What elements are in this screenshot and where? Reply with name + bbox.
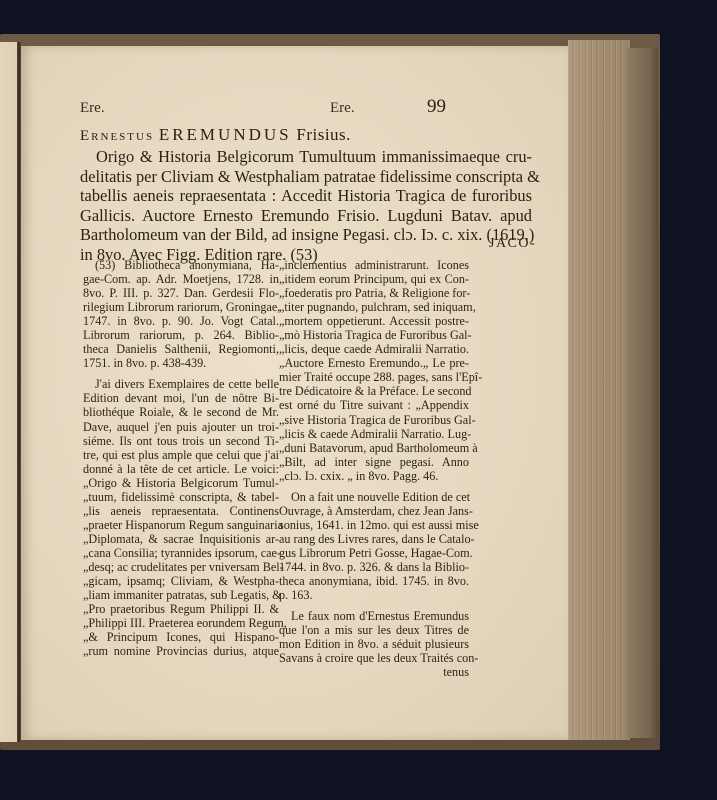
text-line: gae-Com. ap. Adr. Moetjens, 1728. in xyxy=(83,272,279,286)
text-line: tre Dédicatoire & la Préface. Le second xyxy=(279,384,469,398)
text-line: au rang des Livres rares, dans le Catalo… xyxy=(279,532,469,546)
text-line: „mò Historia Tragica de Furoribus Gal- xyxy=(279,328,469,342)
text-line: „duni Batavorum, apud Bartholomeum à xyxy=(279,441,469,455)
running-head-center: Ere. xyxy=(330,100,355,117)
page-block-edges xyxy=(568,40,630,740)
text-line: 1747. in 8vo. p. 90. Jo. Vogt Catal. xyxy=(83,314,279,328)
entry-heading: Ernestus EREMUNDUS Frisius. xyxy=(80,125,480,145)
text-line: „praeter Hispanorum Regum sanguinaria xyxy=(83,518,279,532)
text-line: „foederatis pro Patria, & Religione for- xyxy=(279,286,469,300)
text-line: 1744. in 8vo. p. 326. & dans la Biblio- xyxy=(279,560,469,574)
text-line: Librorum rariorum, p. 264. Biblio- xyxy=(83,328,279,342)
text-line: „Philippi III. Praeterea eorundem Regum, xyxy=(83,616,279,630)
text-line: „cana Consilia; tyrannides ipsorum, cae- xyxy=(83,546,279,560)
entry-line: tabellis aeneis repraesentata : Accedit … xyxy=(80,186,532,206)
commentary-paragraph: J'ai divers Exemplaires de cette belle E… xyxy=(83,377,279,658)
text-line: theca anonymiana, ibid. 1745. in 8vo. xyxy=(279,574,469,588)
footnote-paragraph: (53) Bibliotheca anonymiana, Ha- gae-Com… xyxy=(83,258,279,370)
text-line: „licis, deque caede Admiralii Narratio. xyxy=(279,342,469,356)
text-line: „gicam, ipsamq; Cliviam, & Westpha- xyxy=(83,574,279,588)
text-line: Edition devant moi, l'un de nôtre Bi- xyxy=(83,391,279,405)
commentary-paragraph: On a fait une nouvelle Edition de cet Ou… xyxy=(279,490,469,602)
text-line: „clɔ. Iɔ. cxix. „ in 8vo. Pagg. 46. xyxy=(279,469,469,483)
text-line: est orné du Titre suivant : „Appendix xyxy=(279,398,469,412)
commentary-paragraph: Le faux nom d'Ernestus Eremundus que l'o… xyxy=(279,609,469,679)
text-line: „titer pugnando, pulchram, sed iniquam, xyxy=(279,300,469,314)
text-line: On a fait une nouvelle Edition de cet xyxy=(279,490,469,504)
text-line: J'ai divers Exemplaires de cette belle xyxy=(83,377,279,391)
commentary-paragraph: „inclementius administrarunt. Icones „it… xyxy=(279,258,469,483)
entry-line: delitatis per Cliviam & Westphaliam patr… xyxy=(80,167,532,187)
text-line: Le faux nom d'Ernestus Eremundus xyxy=(279,609,469,623)
text-line: „desq; ac crudelitates per vniversam Bel… xyxy=(83,560,279,574)
page-number: 99 xyxy=(427,96,446,118)
entry-title-block: Origo & Historia Belgicorum Tumultuum im… xyxy=(80,147,532,264)
text-line: „Auctore Ernesto Eremundo.„ Le pre- xyxy=(279,356,469,370)
text-line: rilegium Librorum rariorum, Groningae, xyxy=(83,300,279,314)
text-line: „rum nomine Provincias durius, atque xyxy=(83,644,279,658)
book-photo: Ere. Ere. 99 Ernestus EREMUNDUS Frisius.… xyxy=(0,0,717,800)
text-line: „Diplomata, & sacrae Inquisitionis ar- xyxy=(83,532,279,546)
text-line: „Origo & Historia Belgicorum Tumul- xyxy=(83,476,279,490)
text-line: que l'on a mis sur les deux Titres de xyxy=(279,623,469,637)
text-line: (53) Bibliotheca anonymiana, Ha- xyxy=(83,258,279,272)
text-line: mier Traité occupe 288. pages, sans l'Ep… xyxy=(279,370,469,384)
text-line: gus Librorum Petri Gosse, Hagae-Com. xyxy=(279,546,469,560)
text-line: bliothéque Roiale, & le second de Mr. xyxy=(83,405,279,419)
entry-line: Origo & Historia Belgicorum Tumultuum im… xyxy=(80,147,532,167)
text-line: Ouvrage, à Amsterdam, chez Jean Jans- xyxy=(279,504,469,518)
text-line: „Pro praetoribus Regum Philippi II. & xyxy=(83,602,279,616)
text-line: mon Edition in 8vo. a séduit plusieurs xyxy=(279,637,469,651)
text-line: Savans à croire que les deux Traités con… xyxy=(279,651,469,665)
heading-forename: Ernestus xyxy=(80,128,154,144)
text-line: donné à la tête de cet article. Le voici… xyxy=(83,462,279,476)
footnote-column-right: „inclementius administrarunt. Icones „it… xyxy=(279,258,469,686)
cover-board-edge xyxy=(628,48,658,738)
heading-surname: EREMUNDUS xyxy=(159,125,292,144)
catchword-line: tenus xyxy=(279,665,469,679)
text-line: „Bilt, ad inter signe pegasi. Anno xyxy=(279,455,469,469)
text-line: 8vo. P. III. p. 327. Dan. Gerdesii Flo- xyxy=(83,286,279,300)
text-line: sonius, 1641. in 12mo. qui est aussi mis… xyxy=(279,518,469,532)
text-line: „liam immaniter patratas, sub Legatis, & xyxy=(83,588,279,602)
heading-epithet: Frisius. xyxy=(296,125,351,144)
text-line: theca Danielis Salthenii, Regiomonti, xyxy=(83,342,279,356)
entry-line: Gallicis. Auctore Ernesto Eremundo Frisi… xyxy=(80,206,532,226)
text-line: „mortem oppetierunt. Accessit postre- xyxy=(279,314,469,328)
text-line: „inclementius administrarunt. Icones xyxy=(279,258,469,272)
text-line: „& Principum Icones, qui Hispano- xyxy=(83,630,279,644)
catchword: JACO- xyxy=(489,236,536,252)
text-line: „sive Historia Tragica de Furoribus Gal- xyxy=(279,413,469,427)
running-head-left: Ere. xyxy=(80,100,105,117)
text-line: tre, qui est plus ample que celui que j'… xyxy=(83,448,279,462)
entry-line: Bartholomeum van der Bild, ad insigne Pe… xyxy=(80,225,532,245)
text-line: 1751. in 8vo. p. 438-439. xyxy=(83,356,279,370)
text-line: „itidem eorum Principum, qui ex Con- xyxy=(279,272,469,286)
text-line: „lis aeneis repraesentata. Continens xyxy=(83,504,279,518)
text-line: siéme. Ils ont tous trois un second Ti- xyxy=(83,434,279,448)
text-line: Dave, auquel j'en puis ajouter un troi- xyxy=(83,420,279,434)
text-line: „licis & caede Admiralii Narratio. Lug- xyxy=(279,427,469,441)
text-line: p. 163. xyxy=(279,588,469,602)
text-line: „tuum, fidelissimè conscripta, & tabel- xyxy=(83,490,279,504)
footnote-column-left: (53) Bibliotheca anonymiana, Ha- gae-Com… xyxy=(83,258,279,665)
